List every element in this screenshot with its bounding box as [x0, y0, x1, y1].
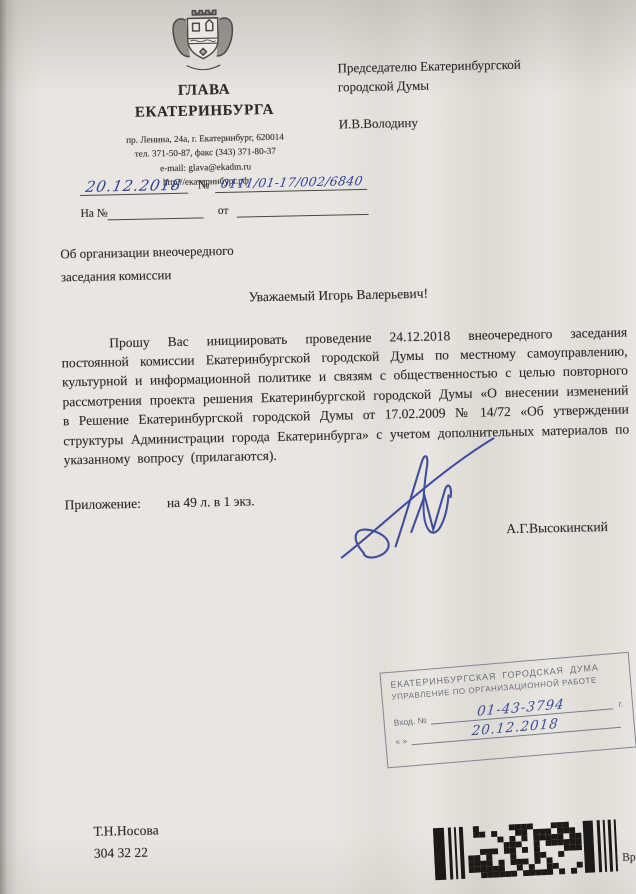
reply-number-field [108, 205, 204, 220]
outgoing-date-field: 20.12.2018 [80, 175, 188, 196]
reply-from-label: от [218, 205, 229, 217]
recipient-title-line1: Председателю Екатеринбургской [337, 56, 521, 79]
signature-ink [331, 432, 509, 566]
subject-block: Об организации внеочередного заседания к… [60, 240, 234, 289]
barcode-matrix [467, 821, 583, 879]
org-name-line2: ЕКАТЕРИНБУРГА [66, 98, 342, 125]
stamp-day-quotes: « » [395, 736, 408, 747]
handwritten-date: 20.12.2018 [84, 176, 183, 196]
recipient-title-line2: городской Думы [338, 75, 522, 98]
number-label: № [198, 177, 210, 191]
stamp-year-suffix: г. [618, 698, 623, 708]
attachment-value: на 49 л. в 1 экз. [167, 493, 255, 510]
attachment-line: Приложение:на 49 л. в 1 экз. [64, 493, 254, 513]
executor-block: Т.Н.Носова 304 32 22 [93, 819, 159, 864]
stamp-in-label: Вход. № [393, 715, 427, 728]
letterhead: ГЛАВА ЕКАТЕРИНБУРГА пр. Ленина, 24а, г. … [64, 3, 344, 191]
executor-phone: 304 32 22 [94, 841, 160, 864]
attachment-label: Приложение: [64, 496, 141, 513]
letter-content: ГЛАВА ЕКАТЕРИНБУРГА пр. Ленина, 24а, г. … [0, 0, 636, 894]
reply-date-field [236, 202, 368, 218]
handwritten-number: 0111/01-17/002/6840 [219, 173, 363, 191]
recipient-name: И.В.Володину [339, 111, 523, 134]
subject-line1: Об организации внеочередного [60, 240, 234, 266]
reply-reference-line: На № от [80, 202, 368, 221]
subject-line2: заседания комиссии [61, 262, 235, 288]
signer-name: А.Г.Высокинский [506, 519, 608, 537]
barcode-caption: Вр [622, 851, 636, 863]
executor-name: Т.Н.Носова [93, 819, 159, 842]
recipient-block: Председателю Екатеринбургской городской … [337, 56, 522, 134]
yekaterinburg-coat-of-arms-icon [159, 5, 246, 71]
scanned-letter: ГЛАВА ЕКАТЕРИНБУРГА пр. Ленина, 24а, г. … [0, 0, 636, 894]
reply-label: На № [80, 207, 108, 220]
outgoing-number-field: 0111/01-17/002/6840 [215, 173, 367, 193]
barcode [433, 817, 622, 882]
incoming-registration-stamp: ЕКАТЕРИНБУРГСКАЯ ГОРОДСКАЯ ДУМА УПРАВЛЕН… [379, 652, 636, 769]
